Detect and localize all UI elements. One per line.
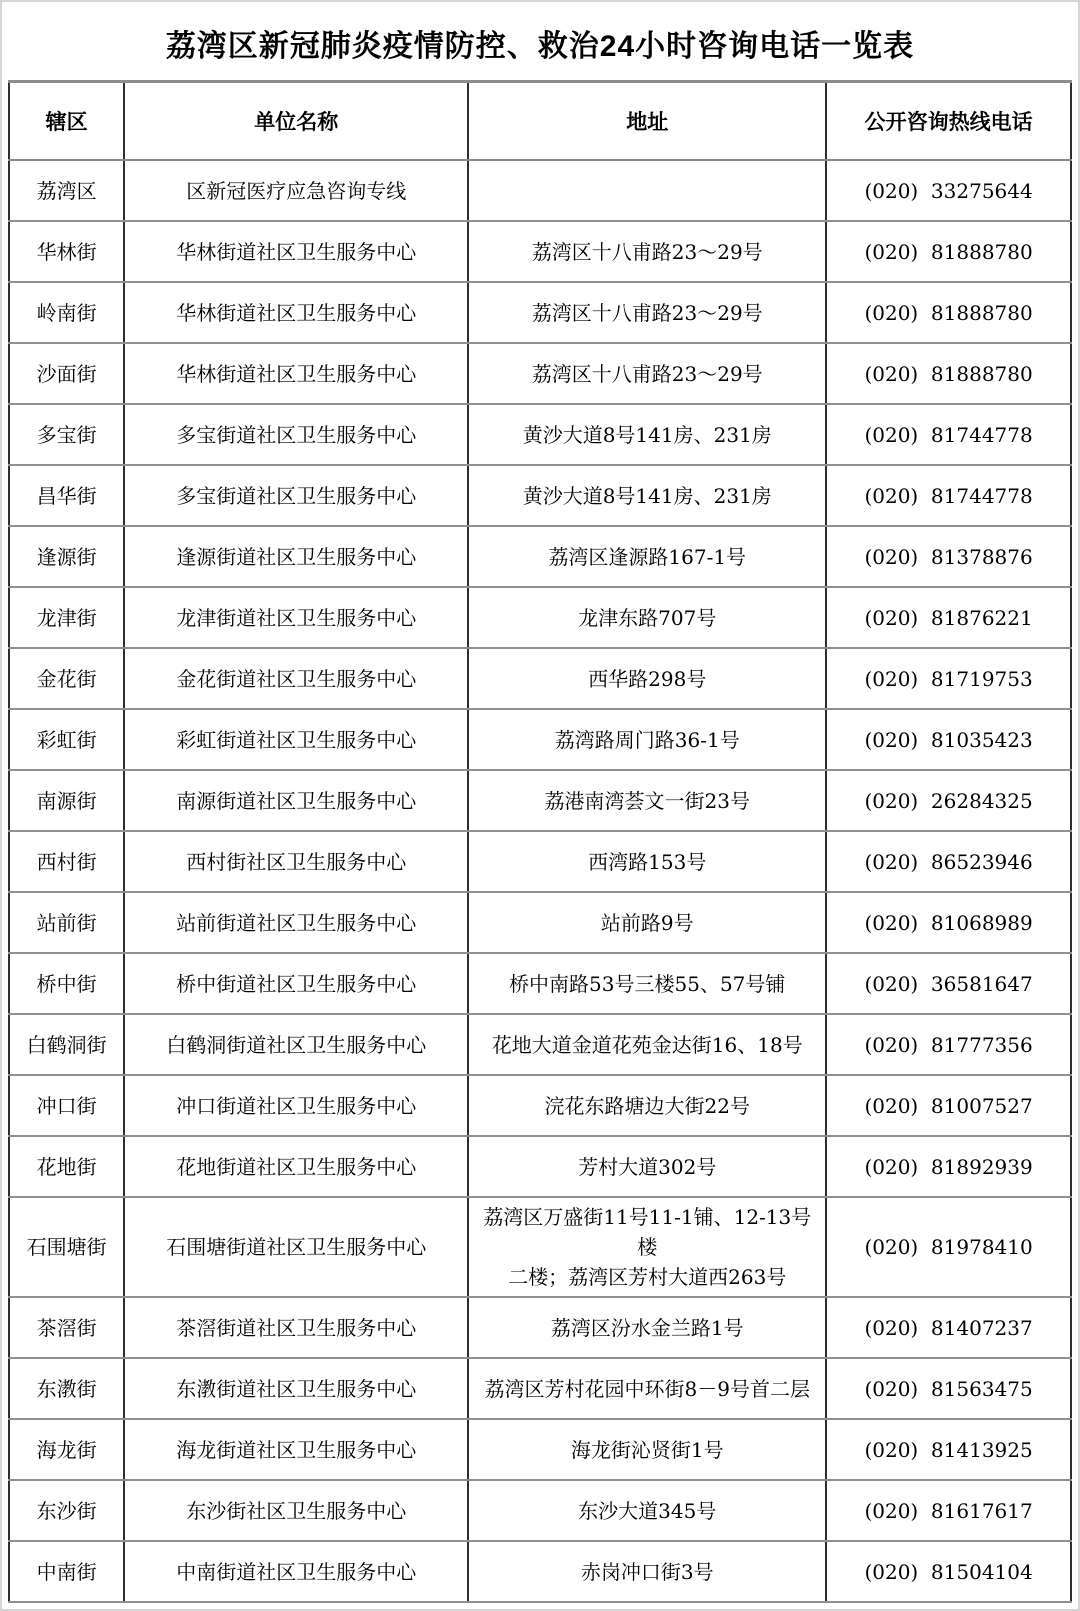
phone-cell: (020) 86523946 [826, 831, 1071, 892]
address-cell: 荔湾区逢源路167-1号 [468, 526, 826, 587]
table-row: 昌华街多宝街道社区卫生服务中心黄沙大道8号141房、231房(020) 8174… [9, 465, 1071, 526]
district-cell: 花地街 [9, 1136, 124, 1197]
table-row: 南源街南源街道社区卫生服务中心荔港南湾荟文一街23号(020) 26284325 [9, 770, 1071, 831]
phone-cell: (020) 81978410 [826, 1197, 1071, 1297]
address-cell: 西华路298号 [468, 648, 826, 709]
table-row: 东沙街东沙街社区卫生服务中心东沙大道345号(020) 81617617 [9, 1480, 1071, 1541]
phone-cell: (020) 81876221 [826, 587, 1071, 648]
unit-cell: 彩虹街道社区卫生服务中心 [124, 709, 468, 770]
table-row: 龙津街龙津街道社区卫生服务中心龙津东路707号(020) 81876221 [9, 587, 1071, 648]
phone-cell: (020) 33275644 [826, 160, 1071, 221]
district-cell: 冲口街 [9, 1075, 124, 1136]
district-cell: 金花街 [9, 648, 124, 709]
district-cell: 东漖街 [9, 1358, 124, 1419]
table-row: 西村街西村街社区卫生服务中心西湾路153号(020) 86523946 [9, 831, 1071, 892]
phone-cell: (020) 81068989 [826, 892, 1071, 953]
table-header-row: 辖区 单位名称 地址 公开咨询热线电话 [9, 82, 1071, 161]
phone-cell: (020) 81007527 [826, 1075, 1071, 1136]
district-cell: 彩虹街 [9, 709, 124, 770]
unit-cell: 多宝街道社区卫生服务中心 [124, 404, 468, 465]
address-cell: 荔湾路周门路36-1号 [468, 709, 826, 770]
district-cell: 荔湾区 [9, 160, 124, 221]
phone-cell: (020) 81888780 [826, 282, 1071, 343]
table-row: 金花街金花街道社区卫生服务中心西华路298号(020) 81719753 [9, 648, 1071, 709]
hotline-table: 辖区 单位名称 地址 公开咨询热线电话 荔湾区区新冠医疗应急咨询专线(020) … [8, 80, 1072, 1603]
table-row: 岭南街华林街道社区卫生服务中心荔湾区十八甫路23～29号(020) 818887… [9, 282, 1071, 343]
unit-cell: 西村街社区卫生服务中心 [124, 831, 468, 892]
district-cell: 站前街 [9, 892, 124, 953]
unit-cell: 桥中街道社区卫生服务中心 [124, 953, 468, 1014]
address-cell: 荔湾区汾水金兰路1号 [468, 1297, 826, 1358]
table-row: 逢源街逢源街道社区卫生服务中心荔湾区逢源路167-1号(020) 8137887… [9, 526, 1071, 587]
page-title: 荔湾区新冠肺炎疫情防控、救治24小时咨询电话一览表 [8, 6, 1072, 80]
unit-cell: 华林街道社区卫生服务中心 [124, 343, 468, 404]
address-cell: 荔湾区十八甫路23～29号 [468, 221, 826, 282]
district-cell: 石围塘街 [9, 1197, 124, 1297]
table-row: 冲口街冲口街道社区卫生服务中心浣花东路塘边大街22号(020) 81007527 [9, 1075, 1071, 1136]
phone-cell: (020) 81617617 [826, 1480, 1071, 1541]
district-cell: 多宝街 [9, 404, 124, 465]
address-cell: 荔港南湾荟文一街23号 [468, 770, 826, 831]
table-row: 桥中街桥中街道社区卫生服务中心桥中南路53号三楼55、57号铺(020) 365… [9, 953, 1071, 1014]
phone-cell: (020) 81504104 [826, 1541, 1071, 1602]
unit-cell: 东漖街道社区卫生服务中心 [124, 1358, 468, 1419]
phone-cell: (020) 81035423 [826, 709, 1071, 770]
phone-cell: (020) 81744778 [826, 404, 1071, 465]
table-row: 华林街华林街道社区卫生服务中心荔湾区十八甫路23～29号(020) 818887… [9, 221, 1071, 282]
address-cell: 荔湾区万盛街11号11-1铺、12-13号楼 二楼；荔湾区芳村大道西263号 [468, 1197, 826, 1297]
district-cell: 白鹤洞街 [9, 1014, 124, 1075]
address-cell: 黄沙大道8号141房、231房 [468, 404, 826, 465]
address-cell: 荔湾区十八甫路23～29号 [468, 282, 826, 343]
address-cell: 站前路9号 [468, 892, 826, 953]
unit-cell: 冲口街道社区卫生服务中心 [124, 1075, 468, 1136]
district-cell: 沙面街 [9, 343, 124, 404]
phone-cell: (020) 26284325 [826, 770, 1071, 831]
address-cell: 赤岗冲口街3号 [468, 1541, 826, 1602]
table-row: 荔湾区区新冠医疗应急咨询专线(020) 33275644 [9, 160, 1071, 221]
phone-cell: (020) 81413925 [826, 1419, 1071, 1480]
phone-cell: (020) 81744778 [826, 465, 1071, 526]
district-cell: 东沙街 [9, 1480, 124, 1541]
unit-cell: 白鹤洞街道社区卫生服务中心 [124, 1014, 468, 1075]
phone-cell: (020) 81719753 [826, 648, 1071, 709]
unit-cell: 金花街道社区卫生服务中心 [124, 648, 468, 709]
address-cell: 浣花东路塘边大街22号 [468, 1075, 826, 1136]
address-cell: 荔湾区十八甫路23～29号 [468, 343, 826, 404]
phone-cell: (020) 81892939 [826, 1136, 1071, 1197]
header-cell-phone: 公开咨询热线电话 [826, 82, 1071, 161]
unit-cell: 逢源街道社区卫生服务中心 [124, 526, 468, 587]
table-row: 茶滘街茶滘街道社区卫生服务中心荔湾区汾水金兰路1号(020) 81407237 [9, 1297, 1071, 1358]
table-row: 彩虹街彩虹街道社区卫生服务中心荔湾路周门路36-1号(020) 81035423 [9, 709, 1071, 770]
header-cell-address: 地址 [468, 82, 826, 161]
table-row: 多宝街多宝街道社区卫生服务中心黄沙大道8号141房、231房(020) 8174… [9, 404, 1071, 465]
table-body: 荔湾区区新冠医疗应急咨询专线(020) 33275644华林街华林街道社区卫生服… [9, 160, 1071, 1602]
district-cell: 茶滘街 [9, 1297, 124, 1358]
phone-cell: (020) 81777356 [826, 1014, 1071, 1075]
district-cell: 中南街 [9, 1541, 124, 1602]
address-cell: 花地大道金道花苑金达街16、18号 [468, 1014, 826, 1075]
district-cell: 逢源街 [9, 526, 124, 587]
address-cell [468, 160, 826, 221]
unit-cell: 中南街道社区卫生服务中心 [124, 1541, 468, 1602]
unit-cell: 站前街道社区卫生服务中心 [124, 892, 468, 953]
address-cell: 荔湾区芳村花园中环街8－9号首二层 [468, 1358, 826, 1419]
unit-cell: 华林街道社区卫生服务中心 [124, 282, 468, 343]
phone-cell: (020) 81378876 [826, 526, 1071, 587]
district-cell: 海龙街 [9, 1419, 124, 1480]
district-cell: 岭南街 [9, 282, 124, 343]
table-row: 东漖街东漖街道社区卫生服务中心荔湾区芳村花园中环街8－9号首二层(020) 81… [9, 1358, 1071, 1419]
district-cell: 龙津街 [9, 587, 124, 648]
table-row: 中南街中南街道社区卫生服务中心赤岗冲口街3号(020) 81504104 [9, 1541, 1071, 1602]
header-cell-unit: 单位名称 [124, 82, 468, 161]
phone-cell: (020) 81407237 [826, 1297, 1071, 1358]
table-row: 石围塘街石围塘街道社区卫生服务中心荔湾区万盛街11号11-1铺、12-13号楼 … [9, 1197, 1071, 1297]
unit-cell: 多宝街道社区卫生服务中心 [124, 465, 468, 526]
phone-cell: (020) 81888780 [826, 221, 1071, 282]
table-row: 白鹤洞街白鹤洞街道社区卫生服务中心花地大道金道花苑金达街16、18号(020) … [9, 1014, 1071, 1075]
phone-cell: (020) 36581647 [826, 953, 1071, 1014]
table-row: 沙面街华林街道社区卫生服务中心荔湾区十八甫路23～29号(020) 818887… [9, 343, 1071, 404]
address-cell: 黄沙大道8号141房、231房 [468, 465, 826, 526]
table-row: 花地街花地街道社区卫生服务中心芳村大道302号(020) 81892939 [9, 1136, 1071, 1197]
district-cell: 华林街 [9, 221, 124, 282]
address-cell: 芳村大道302号 [468, 1136, 826, 1197]
table-row: 站前街站前街道社区卫生服务中心站前路9号(020) 81068989 [9, 892, 1071, 953]
address-cell: 东沙大道345号 [468, 1480, 826, 1541]
document-page: 荔湾区新冠肺炎疫情防控、救治24小时咨询电话一览表 辖区 单位名称 地址 公开咨… [0, 0, 1080, 1611]
address-cell: 西湾路153号 [468, 831, 826, 892]
unit-cell: 花地街道社区卫生服务中心 [124, 1136, 468, 1197]
unit-cell: 区新冠医疗应急咨询专线 [124, 160, 468, 221]
district-cell: 西村街 [9, 831, 124, 892]
address-cell: 海龙街沁贤街1号 [468, 1419, 826, 1480]
address-cell: 桥中南路53号三楼55、57号铺 [468, 953, 826, 1014]
unit-cell: 石围塘街道社区卫生服务中心 [124, 1197, 468, 1297]
phone-cell: (020) 81888780 [826, 343, 1071, 404]
unit-cell: 南源街道社区卫生服务中心 [124, 770, 468, 831]
unit-cell: 海龙街道社区卫生服务中心 [124, 1419, 468, 1480]
unit-cell: 龙津街道社区卫生服务中心 [124, 587, 468, 648]
address-cell: 龙津东路707号 [468, 587, 826, 648]
district-cell: 桥中街 [9, 953, 124, 1014]
unit-cell: 华林街道社区卫生服务中心 [124, 221, 468, 282]
header-cell-district: 辖区 [9, 82, 124, 161]
district-cell: 南源街 [9, 770, 124, 831]
unit-cell: 东沙街社区卫生服务中心 [124, 1480, 468, 1541]
district-cell: 昌华街 [9, 465, 124, 526]
table-row: 海龙街海龙街道社区卫生服务中心海龙街沁贤街1号(020) 81413925 [9, 1419, 1071, 1480]
unit-cell: 茶滘街道社区卫生服务中心 [124, 1297, 468, 1358]
phone-cell: (020) 81563475 [826, 1358, 1071, 1419]
